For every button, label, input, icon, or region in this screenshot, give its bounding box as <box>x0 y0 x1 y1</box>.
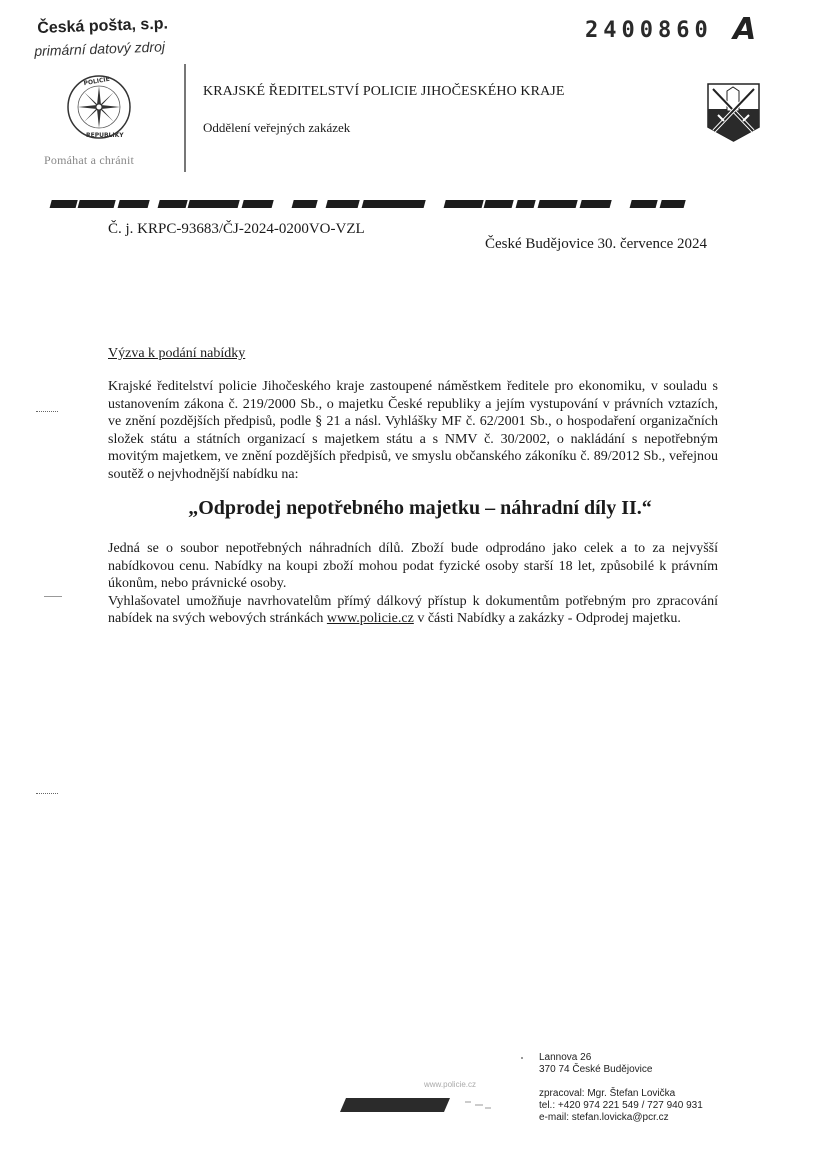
paragraph-goods-description: Jedná se o soubor nepotřebných náhradníc… <box>108 540 718 593</box>
contact-processed-by: zpracoval: Mgr. Štefan Lovička <box>539 1088 703 1100</box>
footer-decorative-bar <box>340 1098 450 1112</box>
details-paragraphs: Jedná se o soubor nepotřebných náhradníc… <box>108 540 718 628</box>
offer-title-text: „Odprodej nepotřebného majetku – náhradn… <box>188 497 652 519</box>
crossed-swords-coat-of-arms-icon <box>707 83 760 143</box>
organization-name: KRAJSKÉ ŘEDITELSTVÍ POLICIE JIHOČESKÉHO … <box>203 84 565 100</box>
contact-email: e-mail: stefan.lovicka@pcr.cz <box>539 1112 703 1124</box>
address-city: 370 74 České Budějovice <box>539 1064 652 1076</box>
intro-paragraph: Krajské ředitelství policie Jihočeského … <box>108 378 718 483</box>
department-name: Oddělení veřejných zakázek <box>203 120 350 136</box>
section-heading: Výzva k podání nabídky <box>108 346 245 362</box>
police-star-seal-icon: POLICIE REPUBLIKY <box>66 74 132 140</box>
paragraph-access-info: Vyhlašovatel umožňuje navrhovatelům přím… <box>108 593 718 628</box>
footer-contact: zpracoval: Mgr. Štefan Lovička tel.: +42… <box>539 1088 703 1124</box>
intro-paragraph-text: Krajské ředitelství policie Jihočeského … <box>108 378 718 483</box>
svg-text:REPUBLIKY: REPUBLIKY <box>86 132 124 139</box>
reference-number: Č. j. KRPC-93683/ČJ-2024-0200VO-VZL <box>108 221 365 238</box>
access-info-text-after: v části Nabídky a zakázky - Odprodej maj… <box>414 611 681 626</box>
document-id-number: 2400860 <box>585 18 713 43</box>
margin-punch-mark <box>44 596 62 597</box>
svg-text:POLICIE: POLICIE <box>83 76 110 87</box>
footer-address: Lannova 26 370 74 České Budějovice <box>539 1052 652 1076</box>
postal-stamp-title: Česká pošta, s.p. <box>37 15 168 38</box>
police-motto: Pomáhat a chránit <box>44 153 134 168</box>
header-divider <box>184 64 186 172</box>
margin-fold-mark <box>36 411 58 412</box>
contact-phone: tel.: +420 974 221 549 / 727 940 931 <box>539 1100 703 1112</box>
policie-website-link[interactable]: www.policie.cz <box>327 611 414 626</box>
footer-dot <box>521 1057 523 1059</box>
postal-stamp-subtitle: primární datový zdroj <box>34 38 165 59</box>
place-and-date: České Budějovice 30. července 2024 <box>485 236 707 253</box>
margin-fold-mark <box>36 793 58 794</box>
redacted-text-bar <box>48 196 790 206</box>
footer-decorative-faint <box>463 1098 497 1112</box>
address-street: Lannova 26 <box>539 1052 652 1064</box>
handwritten-mark: A <box>733 12 756 47</box>
offer-title: „Odprodej nepotřebného majetku – náhradn… <box>0 497 820 520</box>
footer-web-faint: www.policie.cz <box>424 1080 476 1089</box>
